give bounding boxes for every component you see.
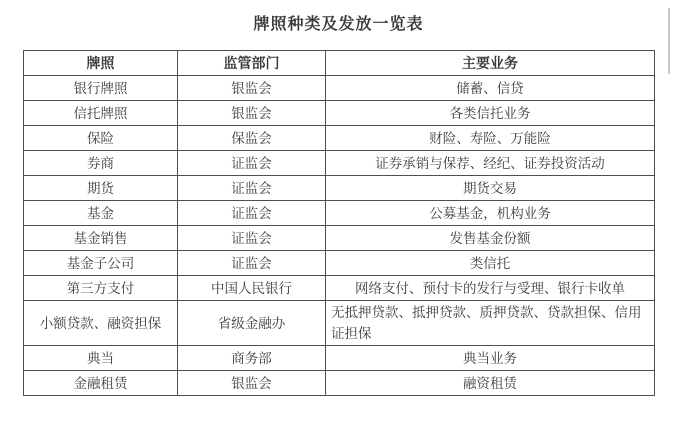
column-header-license: 牌照 <box>24 51 178 76</box>
table-cell: 商务部 <box>178 346 326 371</box>
table-cell: 第三方支付 <box>24 276 178 301</box>
table-header: 牌照 监管部门 主要业务 <box>24 51 655 76</box>
table-cell: 小额贷款、融资担保 <box>24 301 178 346</box>
table-cell: 证监会 <box>178 151 326 176</box>
table-cell: 银行牌照 <box>24 76 178 101</box>
table-row: 期货证监会期货交易 <box>24 176 655 201</box>
table-row: 保险保监会财险、寿险、万能险 <box>24 126 655 151</box>
table-cell: 银监会 <box>178 76 326 101</box>
table-row: 信托牌照银监会各类信托业务 <box>24 101 655 126</box>
table-cell: 类信托 <box>326 251 655 276</box>
table-cell: 金融租赁 <box>24 371 178 396</box>
table-cell: 信托牌照 <box>24 101 178 126</box>
table-row: 基金销售证监会发售基金份额 <box>24 226 655 251</box>
license-table: 牌照 监管部门 主要业务 银行牌照银监会储蓄、信贷信托牌照银监会各类信托业务保险… <box>23 50 655 396</box>
table-row: 第三方支付中国人民银行网络支付、预付卡的发行与受理、银行卡收单 <box>24 276 655 301</box>
table-cell: 基金销售 <box>24 226 178 251</box>
table-cell: 期货交易 <box>326 176 655 201</box>
table-header-row: 牌照 监管部门 主要业务 <box>24 51 655 76</box>
table-row: 小额贷款、融资担保省级金融办无抵押贷款、抵押贷款、质押贷款、贷款担保、信用证担保 <box>24 301 655 346</box>
table-row: 基金子公司证监会类信托 <box>24 251 655 276</box>
table-row: 基金证监会公募基金，机构业务 <box>24 201 655 226</box>
table-body: 银行牌照银监会储蓄、信贷信托牌照银监会各类信托业务保险保监会财险、寿险、万能险券… <box>24 76 655 396</box>
table-row: 券商证监会证券承销与保荐、经纪、证券投资活动 <box>24 151 655 176</box>
table-cell: 证监会 <box>178 176 326 201</box>
table-row: 金融租赁银监会融资租赁 <box>24 371 655 396</box>
window-edge-line <box>668 8 670 74</box>
column-header-regulator: 监管部门 <box>178 51 326 76</box>
table-cell: 网络支付、预付卡的发行与受理、银行卡收单 <box>326 276 655 301</box>
table-cell: 省级金融办 <box>178 301 326 346</box>
table-cell: 券商 <box>24 151 178 176</box>
table-cell: 证监会 <box>178 201 326 226</box>
table-cell: 期货 <box>24 176 178 201</box>
table-cell: 无抵押贷款、抵押贷款、质押贷款、贷款担保、信用证担保 <box>326 301 655 346</box>
table-cell: 基金子公司 <box>24 251 178 276</box>
table-cell: 各类信托业务 <box>326 101 655 126</box>
table-cell: 财险、寿险、万能险 <box>326 126 655 151</box>
table-cell: 典当业务 <box>326 346 655 371</box>
column-header-business: 主要业务 <box>326 51 655 76</box>
table-cell: 发售基金份额 <box>326 226 655 251</box>
table-cell: 银监会 <box>178 101 326 126</box>
page-title: 牌照种类及发放一览表 <box>23 11 654 34</box>
table-cell: 基金 <box>24 201 178 226</box>
table-cell: 证券承销与保荐、经纪、证券投资活动 <box>326 151 655 176</box>
table-cell: 保监会 <box>178 126 326 151</box>
table-cell: 公募基金，机构业务 <box>326 201 655 226</box>
table-cell: 证监会 <box>178 226 326 251</box>
table-row: 典当商务部典当业务 <box>24 346 655 371</box>
table-cell: 银监会 <box>178 371 326 396</box>
table-cell: 保险 <box>24 126 178 151</box>
table-cell: 证监会 <box>178 251 326 276</box>
table-cell: 融资租赁 <box>326 371 655 396</box>
page: 牌照种类及发放一览表 牌照 监管部门 主要业务 银行牌照银监会储蓄、信贷信托牌照… <box>0 0 675 429</box>
table-row: 银行牌照银监会储蓄、信贷 <box>24 76 655 101</box>
table-cell: 典当 <box>24 346 178 371</box>
table-cell: 中国人民银行 <box>178 276 326 301</box>
table-cell: 储蓄、信贷 <box>326 76 655 101</box>
